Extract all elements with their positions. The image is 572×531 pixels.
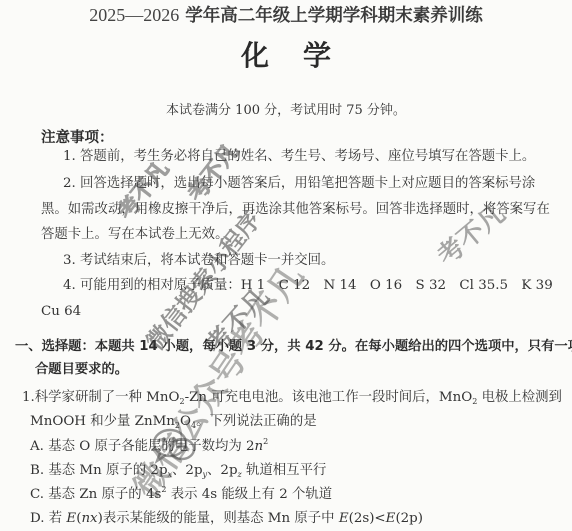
variable: E [386,511,396,526]
exam-title: 2025—2026 学年高二年级上学期学科期末素养训练 [0,2,572,27]
notes-heading: 注意事项： [41,126,114,147]
question-1-stem-line-2: MnOOH 和少量 ZnMn2O4。下列说法正确的是 [30,413,317,431]
variable: E [339,511,349,526]
stem-text: 科学家研制了一种 MnO [35,390,180,405]
exam-year: 2025—2026 [89,5,179,25]
stem-text: MnOOH 和少量 ZnMn [30,414,175,429]
option-label: B. [30,463,44,478]
option-text: 表示 4s 能级上有 2 个轨道 [166,487,332,502]
variable: E [66,511,76,526]
option-text: 、2p [207,463,237,478]
option-text: 轨道相互平行 [242,463,327,478]
superscript: 2 [263,437,268,446]
note-2-line-3: 答题卡上。写在本试卷上无效。 [41,226,228,244]
section-one-heading-cont: 合题目要求的。 [35,361,128,379]
option-label: A. [30,439,44,454]
note-4-line-1: 4. 可能用到的相对原子质量：H 1 C 12 N 14 O 16 S 32 C… [63,277,553,295]
option-text: 基态 Mn 原子的 2p [44,463,167,478]
note-4-line-2: Cu 64 [41,303,81,321]
option-text: (2p) [395,511,423,526]
option-text: 若 [45,511,67,526]
stem-text: O [180,414,191,429]
note-1: 1. 答题前，考生务必将自己的姓名、考生号、考场号、座位号填写在答题卡上。 [63,148,535,166]
option-text: 基态 Zn 原子的 4s [44,487,161,502]
variable: n [255,439,264,454]
section-one-heading: 一、选择题：本题共 14 小题，每小题 3 分，共 42 分。在每小题给出的四个… [15,338,572,356]
option-b: B. 基态 Mn 原子的 2px、2py、2pz 轨道相互平行 [30,462,326,480]
option-text: 基态 O 原子各能层的电子数均为 2 [44,439,255,454]
option-d: D. 若 E(nx)表示某能级的能量，则基态 Mn 原子中 E(2s)<E(2p… [30,510,423,528]
variable: nx [81,511,97,526]
question-1-stem-line-1: 1.科学家研制了一种 MnO2-Zn 可充电电池。该电池工作一段时间后，MnO2… [22,389,562,407]
option-a: A. 基态 O 原子各能层的电子数均为 2n2 [30,438,268,456]
note-3: 3. 考试结束后，将本试卷和答题卡一并交回。 [63,252,334,270]
option-label: D. [30,511,45,526]
exam-title-text: 学年高二年级上学期学科期末素养训练 [179,6,483,26]
stem-text: 电极上检测到 [477,390,562,405]
exam-page: 2025—2026 学年高二年级上学期学科期末素养训练 化学 本试卷满分 100… [0,0,572,531]
option-c: C. 基态 Zn 原子的 4s2 表示 4s 能级上有 2 个轨道 [30,486,332,504]
option-text: (2s)< [349,511,386,526]
stem-text: 。下列说法正确的是 [196,414,317,429]
question-number: 1. [22,390,35,405]
note-2-line-2: 黑。如需改动，用橡皮擦干净后，再选涂其他答案标号。回答非选择题时，将答案写在 [41,201,550,219]
exam-info: 本试卷满分 100 分，考试用时 75 分钟。 [0,99,572,118]
note-2-line-1: 2. 回答选择题时，选出每小题答案后，用铅笔把答题卡上对应题目的答案标号涂 [63,175,535,193]
option-label: C. [30,487,44,502]
stem-text: -Zn 可充电电池。该电池工作一段时间后，MnO [185,390,473,405]
subject-title: 化学 [0,34,572,74]
watermark-kaobufan-outline-2: 考不凡 [180,136,245,207]
option-text: 、2p [172,463,202,478]
option-text: )表示某能级的能量，则基态 Mn 原子中 [98,511,339,526]
